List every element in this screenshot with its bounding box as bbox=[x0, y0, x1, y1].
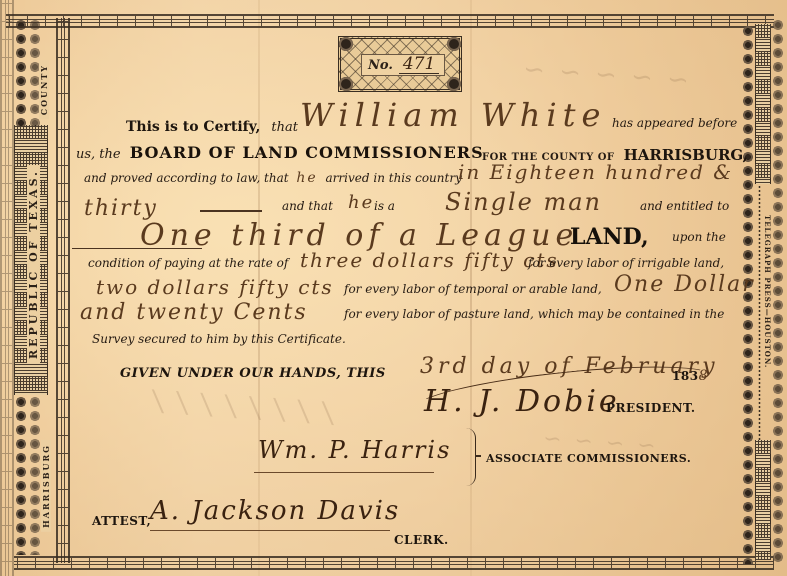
board-of-land-commissioners: BOARD OF LAND COMMISSIONERS bbox=[130, 143, 484, 162]
associate-commissioner-signature: Wm. P. Harris bbox=[258, 436, 451, 464]
republic-of-texas-vertical-label: REPUBLIC OF TEXAS. bbox=[27, 165, 40, 363]
plate-label: No. 471 bbox=[361, 54, 445, 76]
county-vertical-label: COUNTY bbox=[39, 60, 49, 119]
certificate-number-plate: No. 471 bbox=[338, 36, 462, 92]
and-that: and that bbox=[282, 199, 333, 213]
bottom-chain-border bbox=[14, 556, 774, 570]
number-label: No. bbox=[368, 58, 393, 73]
right-outer-rosettes bbox=[771, 18, 785, 566]
inner-chain-left bbox=[56, 18, 70, 563]
clerk-signature: A. Jackson Davis bbox=[150, 496, 400, 526]
that-text: that bbox=[271, 120, 298, 135]
temporal-rate-handwritten: two dollars fifty cts bbox=[96, 275, 334, 299]
pasture-rate-handwritten: One Dollar bbox=[614, 272, 755, 297]
blank-line bbox=[200, 210, 262, 212]
left-rosettes-bottom bbox=[14, 395, 28, 555]
certificate-number: 471 bbox=[399, 56, 439, 74]
right-weave-panel-top bbox=[755, 24, 771, 184]
arrived-in-this-country: arrived in this country bbox=[326, 171, 462, 185]
and-entitled-to: and entitled to bbox=[640, 199, 729, 213]
ink-bleed-through: ~ ~ ~ ~ ~ bbox=[519, 54, 690, 96]
condition-of-paying: condition of paying at the rate of bbox=[88, 256, 288, 270]
proved-according-to-law: and proved according to law, that bbox=[84, 171, 289, 185]
irrigable-rate-handwritten: three dollars fifty cts bbox=[300, 248, 559, 272]
right-weave-panel-bottom bbox=[755, 440, 771, 560]
line-2: us, the BOARD OF LAND COMMISSIONERS bbox=[76, 143, 484, 162]
plate-rosette-icon bbox=[447, 77, 461, 91]
temporal-land-text: for every labor of temporal or arable la… bbox=[344, 282, 602, 296]
attest-label: ATTEST, bbox=[92, 514, 151, 528]
clerk-signature-underline bbox=[150, 530, 390, 531]
signature-underline bbox=[254, 472, 434, 473]
pronoun-handwritten: he bbox=[296, 170, 317, 186]
line-1: This is to Certify, that bbox=[126, 116, 298, 135]
right-dot-column bbox=[757, 185, 762, 440]
survey-secured-text: Survey secured to him by this Certificat… bbox=[92, 332, 346, 346]
grantee-name-handwritten: William White bbox=[300, 96, 606, 134]
ink-bleed-through: / / / / / / / / bbox=[149, 384, 334, 430]
pronoun-handwritten-2: he bbox=[348, 192, 374, 213]
land-heading: LAND, bbox=[570, 224, 649, 250]
left-rosettes-bottom-inner bbox=[28, 395, 42, 555]
plate-rosette-icon bbox=[339, 37, 353, 51]
plate-rosette-icon bbox=[447, 37, 461, 51]
is-a: is a bbox=[374, 199, 395, 213]
marital-status-handwritten: Single man bbox=[445, 188, 602, 216]
president-title: PRESIDENT. bbox=[606, 401, 696, 415]
us-the: us, the bbox=[76, 147, 121, 162]
associate-brace bbox=[466, 428, 476, 486]
pasture-rate-cont-handwritten: and twenty Cents bbox=[80, 300, 308, 325]
outer-chain-left bbox=[0, 0, 14, 576]
top-chain-border bbox=[6, 14, 774, 28]
line-3-printed: and proved according to law, that he arr… bbox=[84, 170, 462, 186]
clerk-title: CLERK. bbox=[394, 533, 449, 547]
this-is-to-certify: This is to Certify, bbox=[126, 119, 260, 135]
harrisburg-vertical-label: HARRISBURG bbox=[41, 440, 51, 532]
pasture-land-text: for every labor of pasture land, which m… bbox=[344, 307, 724, 321]
arrival-year-handwritten: in Eighteen hundred & bbox=[458, 160, 733, 184]
president-signature: H. J. Dobie bbox=[424, 384, 620, 419]
associate-commissioners-title: ASSOCIATE COMMISSIONERS. bbox=[486, 452, 691, 465]
upon-the: upon the bbox=[672, 230, 726, 244]
has-appeared-before: has appeared before bbox=[612, 116, 737, 130]
plate-rosette-icon bbox=[339, 77, 353, 91]
irrigable-land-text: for every labor of irrigable land, bbox=[528, 256, 724, 270]
given-under-our-hands: GIVEN UNDER OUR HANDS, THIS bbox=[120, 366, 386, 381]
left-rosettes-top bbox=[14, 18, 28, 126]
